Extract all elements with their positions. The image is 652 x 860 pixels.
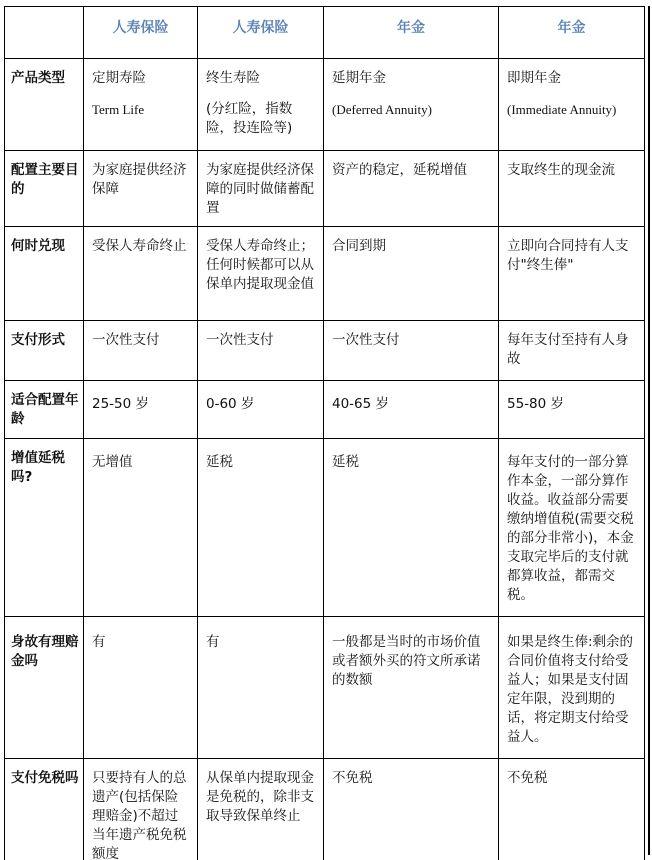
table-row-product-type: 产品类型 定期寿险Term Life 终生寿险(分红险，指数险，投连险等) 延期…	[5, 59, 645, 151]
table-row-tax-exempt: 支付免税吗 只要持有人的总遗产(包括保险理赔金)不超过当年遗产税免税额度 从保单…	[5, 759, 645, 860]
header-row: 人寿保险 人寿保险 年金 年金	[5, 7, 645, 59]
row-label: 适合配置年龄	[5, 381, 84, 439]
table-cell: 只要持有人的总遗产(包括保险理赔金)不超过当年遗产税免税额度	[84, 759, 198, 860]
table-cell: 为家庭提供经济保障的同时做储蓄配置	[198, 151, 324, 227]
table-cell: 有	[84, 617, 198, 759]
header-annuity-2: 年金	[499, 7, 645, 59]
row-label: 产品类型	[5, 59, 84, 151]
table-cell: 不免税	[324, 759, 499, 860]
table-cell: 受保人寿命终止；任何时候都可以从保单内提取现金值	[198, 227, 324, 321]
table-cell: 为家庭提供经济保障	[84, 151, 198, 227]
table-cell: 支取终生的现金流	[499, 151, 645, 227]
table-cell: 资产的稳定，延税增值	[324, 151, 499, 227]
table-cell: 无增值	[84, 439, 198, 617]
table-cell: 25-50 岁	[84, 381, 198, 439]
cell-sub: (Immediate Annuity)	[507, 100, 638, 119]
table-cell: 延期年金(Deferred Annuity)	[324, 59, 499, 151]
cell-main: 终生寿险	[206, 69, 317, 88]
table-row-purpose: 配置主要目的 为家庭提供经济保障 为家庭提供经济保障的同时做储蓄配置 资产的稳定…	[5, 151, 645, 227]
table-cell: 有	[198, 617, 324, 759]
cell-main: 即期年金	[507, 69, 638, 88]
table-cell: 延税	[324, 439, 499, 617]
table-row-payout-timing: 何时兑现 受保人寿命终止 受保人寿命终止；任何时候都可以从保单内提取现金值 合同…	[5, 227, 645, 321]
table-cell: 每年支付的一部分算作本金，一部分算作收益。收益部分需要缴纳增值税(需要交税的部分…	[499, 439, 645, 617]
cell-sub: (Deferred Annuity)	[332, 100, 492, 119]
table-cell: 从保单内提取现金是免税的，除非支取导致保单终止	[198, 759, 324, 860]
table-cell: 定期寿险Term Life	[84, 59, 198, 151]
cell-sub: Term Life	[92, 100, 191, 119]
table-cell: 合同到期	[324, 227, 499, 321]
table-row-age: 适合配置年龄 25-50 岁 0-60 岁 40-65 岁 55-80 岁	[5, 381, 645, 439]
table-cell: 一次性支付	[84, 321, 198, 381]
row-label: 支付形式	[5, 321, 84, 381]
table-cell: 受保人寿命终止	[84, 227, 198, 321]
table-cell: 每年支付至持有人身故	[499, 321, 645, 381]
row-label: 支付免税吗	[5, 759, 84, 860]
comparison-table: 人寿保险 人寿保险 年金 年金 产品类型 定期寿险Term Life 终生寿险(…	[4, 6, 645, 860]
header-life-insurance-1: 人寿保险	[84, 7, 198, 59]
table-cell: 一般都是当时的市场价值或者额外买的符文所承诺的数额	[324, 617, 499, 759]
row-label: 何时兑现	[5, 227, 84, 321]
table-row-payment-form: 支付形式 一次性支付 一次性支付 一次性支付 每年支付至持有人身故	[5, 321, 645, 381]
table-cell: 如果是终生俸:剩余的合同价值将支付给受益人；如果是支付固定年限，没到期的话，将定…	[499, 617, 645, 759]
table-cell: 不免税	[499, 759, 645, 860]
table-cell: 0-60 岁	[198, 381, 324, 439]
outer-border-line	[648, 6, 650, 855]
cell-main: 延期年金	[332, 69, 492, 88]
header-annuity-1: 年金	[324, 7, 499, 59]
cell-main: 定期寿险	[92, 69, 191, 88]
table-cell: 即期年金(Immediate Annuity)	[499, 59, 645, 151]
row-label: 配置主要目的	[5, 151, 84, 227]
table-cell: 55-80 岁	[499, 381, 645, 439]
table-cell: 终生寿险(分红险，指数险，投连险等)	[198, 59, 324, 151]
table-cell: 一次性支付	[198, 321, 324, 381]
row-label: 增值延税吗?	[5, 439, 84, 617]
table-cell: 40-65 岁	[324, 381, 499, 439]
table-cell: 立即向合同持有人支付"终生俸"	[499, 227, 645, 321]
row-label: 身故有理赔金吗	[5, 617, 84, 759]
header-corner-cell	[5, 7, 84, 59]
cell-sub: (分红险，指数险，投连险等)	[206, 100, 317, 138]
table-row-death-benefit: 身故有理赔金吗 有 有 一般都是当时的市场价值或者额外买的符文所承诺的数额 如果…	[5, 617, 645, 759]
table-cell: 延税	[198, 439, 324, 617]
header-life-insurance-2: 人寿保险	[198, 7, 324, 59]
table-row-tax-deferral: 增值延税吗? 无增值 延税 延税 每年支付的一部分算作本金，一部分算作收益。收益…	[5, 439, 645, 617]
table-cell: 一次性支付	[324, 321, 499, 381]
